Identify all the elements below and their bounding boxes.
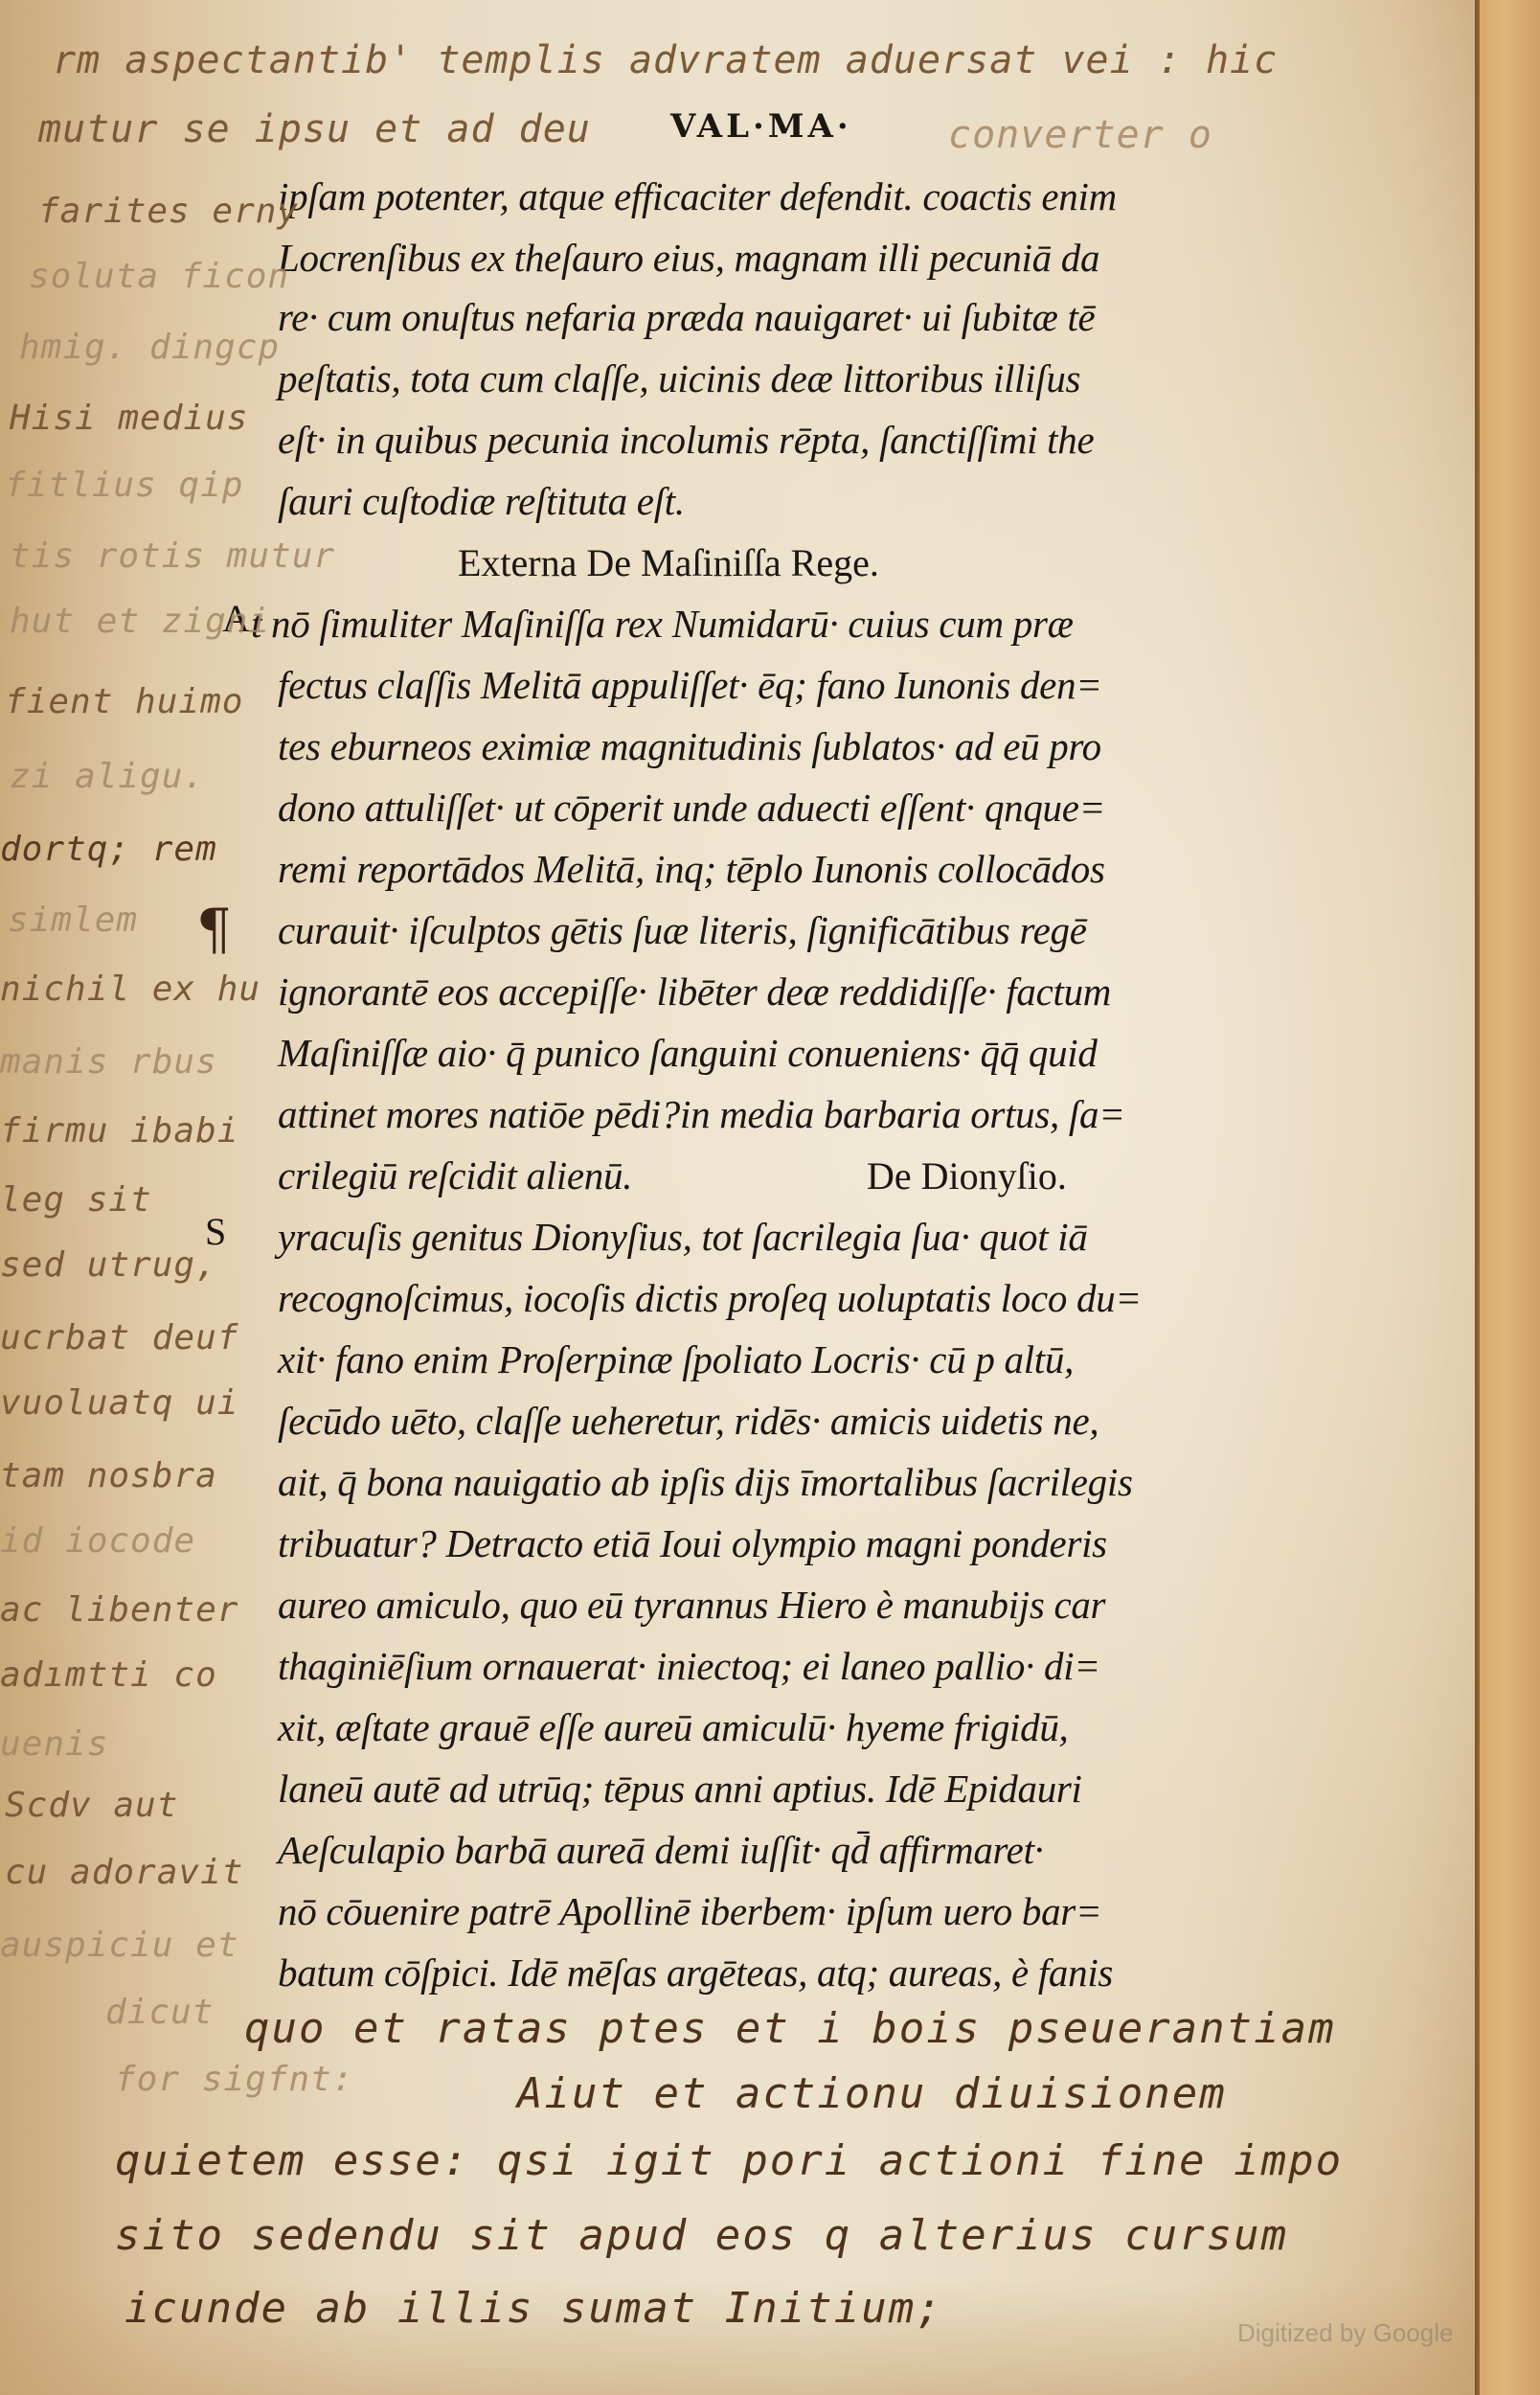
margin-note: hmig. dingcp (19, 328, 280, 367)
section-heading-dionysius: De Dionyſio. (867, 1153, 1067, 1198)
text-line: tribuatur? Detracto etiā Ioui olympio ma… (278, 1519, 1293, 1567)
text-line: ignorantē eos accepiſſe· libēter deæ red… (278, 968, 1293, 1015)
bottom-annotation-line: quietem esse: qsi igit pori actioni fine… (115, 2136, 1343, 2185)
text-line: batum cōſpici. Idē mēſas argēteas, atq; … (278, 1949, 1293, 1996)
text-line: xit· fano enim Proſerpinæ ſpoliato Locri… (278, 1335, 1293, 1383)
text-line: ipſam potenter, atque efficaciter defend… (278, 172, 1293, 220)
margin-note: dortq; rem (0, 830, 217, 869)
margin-note: for sigfnt: (115, 2060, 353, 2099)
pilcrow-mark-icon: ¶ (196, 901, 221, 958)
text-line: ait, q̄ bona nauigatio ab ipſis dijs īmo… (278, 1458, 1293, 1506)
running-head: VAL·MA· (670, 107, 852, 146)
adjacent-page-edge (1480, 0, 1540, 2395)
text-line: fectus claſſis Melitā appuliſſet· ēq; fa… (278, 661, 1293, 709)
margin-note: hut et zigni (10, 602, 270, 641)
text-line: peſtatis, tota cum claſſe, uicinis deæ l… (278, 354, 1293, 402)
bottom-annotation-line: sito sedendu sit apud eos q alterius cur… (115, 2211, 1288, 2260)
margin-note: farites erny (38, 192, 299, 231)
margin-note: ucrbat deuf (0, 1318, 238, 1357)
margin-note: fient huimo (5, 682, 243, 721)
text-line: curauit· iſculptos gētis ſuæ literis, ſi… (278, 906, 1293, 954)
margin-note: auspiciu et (0, 1926, 238, 1965)
bottom-annotation-line: quo et ratas ptes et i bois pseuerantiam (244, 2004, 1336, 2053)
margin-note: tam nosbra (0, 1456, 217, 1495)
bottom-annotation-line: icunde ab illis sumat Initium; (125, 2284, 943, 2333)
margin-note: adımtti co (0, 1655, 217, 1695)
text-line: eſt· in quibus pecunia incolumis rēpta, … (278, 416, 1293, 464)
digitization-watermark: Digitized by Google (1237, 2318, 1453, 2348)
margin-note: id iocode (0, 1521, 195, 1561)
margin-note: Scdv aut (5, 1786, 178, 1825)
text-line: recognoſcimus, iocoſis dictis proſeq uol… (278, 1274, 1293, 1322)
text-line: ſecūdo uēto, claſſe ueheretur, ridēs· am… (278, 1397, 1293, 1445)
text-line: tes eburneos eximiæ magnitudinis ſublato… (278, 722, 1293, 770)
margin-note: nichil ex hu (0, 969, 260, 1009)
text-line: ſauri cuſtodiæ reſtituta eſt. (278, 477, 1293, 525)
margin-note: ac libenter (0, 1590, 238, 1630)
margin-note: vuoluatq ui (0, 1383, 238, 1423)
text-line: aureo amiculo, quo eū tyrannus Hiero è m… (278, 1581, 1293, 1629)
margin-note: Hisi medius (10, 399, 248, 438)
text-line: Aeſculapio barbā aureā demi iuſſit· qd̄ … (278, 1826, 1293, 1874)
margin-note: tis rotis mutur (10, 536, 335, 576)
margin-note: manis rbus (0, 1042, 217, 1082)
text-line: remi reportādos Melitā, inq; tēplo Iunon… (278, 845, 1293, 893)
margin-note: zi aligu. (10, 757, 205, 796)
text-line: re· cum onuſtus nefaria præda nauigaret·… (278, 293, 1293, 341)
text-line: nō cōuenire patrē Apollinē iberbem· ipſu… (278, 1887, 1293, 1935)
text-line: thaginiēſium ornauerat· iniectoq; ei lan… (278, 1642, 1293, 1690)
text-line: yracuſis genitus Dionyſius, tot ſacrileg… (278, 1213, 1293, 1261)
margin-note: fitlius qip (5, 466, 243, 505)
top-annotation-line-2a: mutur se ipsu et ad deu (38, 107, 591, 151)
margin-note: cu adoravit (5, 1853, 243, 1892)
text-line: attinet mores natiōe pēdi?in media barba… (278, 1090, 1293, 1138)
bottom-annotation-line: Aiut et actionu diuisionem (517, 2069, 1227, 2118)
text-line: Maſiniſſæ aio· q̄ punico ſanguini conuen… (278, 1029, 1293, 1077)
top-annotation-line-2b: converter o (948, 113, 1212, 157)
margin-note: soluta ficon (29, 257, 289, 296)
section-heading-masinissa: Externa De Maſiniſſa Rege. (458, 540, 879, 585)
margin-note: dicut (105, 1993, 214, 2032)
text-line: t nō ſimuliter Maſiniſſa rex Numidarū· c… (251, 600, 1266, 648)
top-annotation-line-1: rm aspectantib' templis advratem aduersa… (53, 38, 1278, 82)
text-line: crilegiū reſcidit alienū. (278, 1152, 1293, 1199)
margin-note: simlem (8, 901, 138, 940)
margin-note: uenis (0, 1724, 108, 1764)
margin-note: firmu ibabi (0, 1111, 238, 1151)
margin-note: sed utrug, (0, 1245, 217, 1285)
text-line: xit, æſtate grauē eſſe aureū amiculū· hy… (278, 1703, 1293, 1751)
text-line: dono attuliſſet· ut cōperit unde aduecti… (278, 784, 1293, 832)
text-line: laneū autē ad utrūq; tēpus anni aptius. … (278, 1765, 1293, 1813)
margin-note: leg sit (0, 1180, 152, 1220)
text-line: Locrenſibus ex theſauro eius, magnam ill… (278, 234, 1293, 282)
